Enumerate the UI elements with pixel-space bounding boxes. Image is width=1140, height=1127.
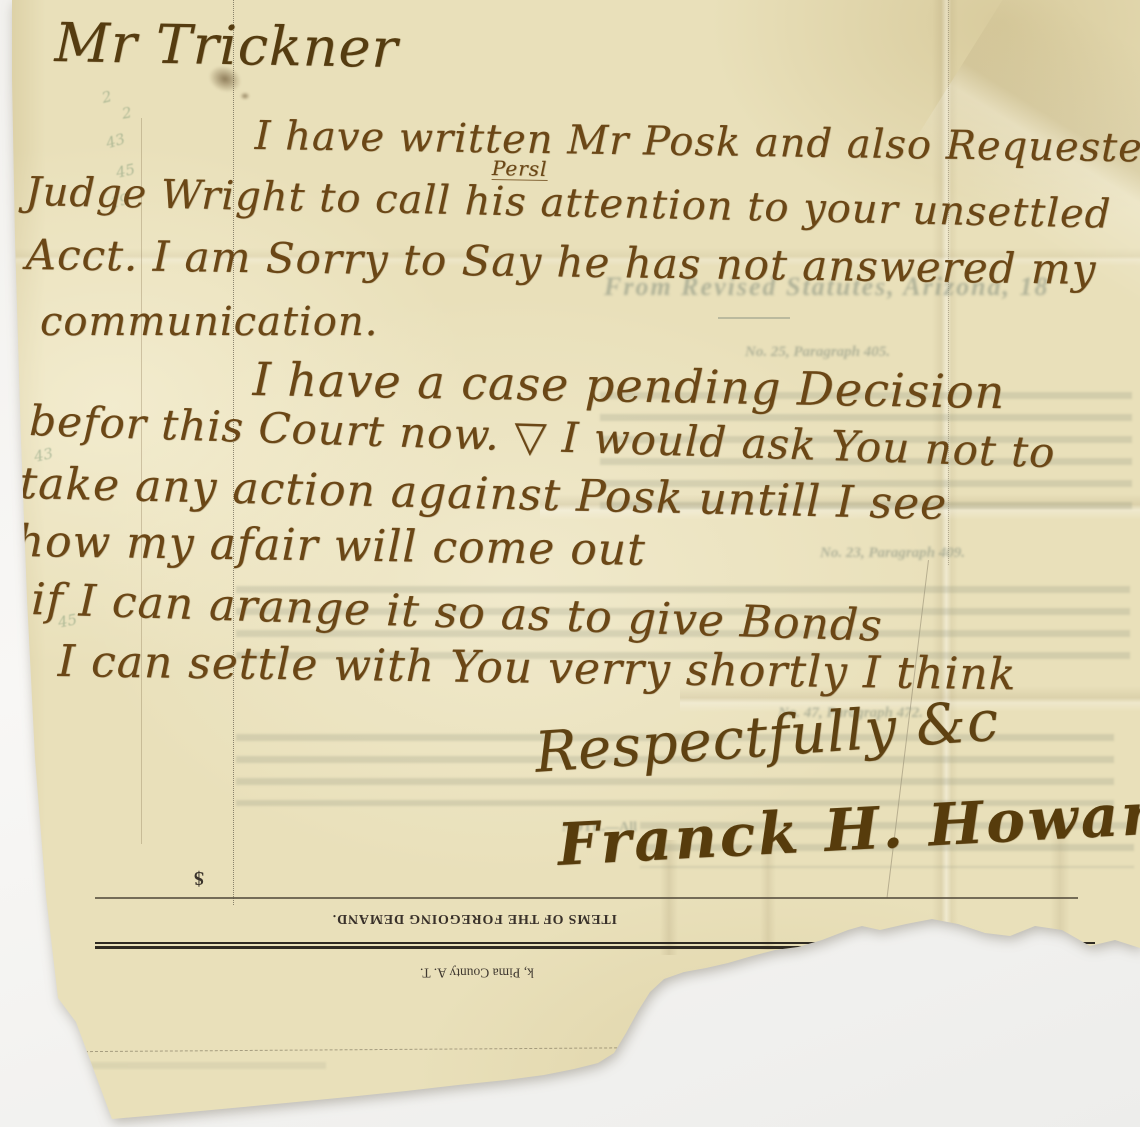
letter-body-line: how my afair will come out bbox=[15, 520, 646, 573]
pencil-margin-mark: 2 bbox=[121, 103, 134, 122]
form-items-heading: ITEMS OF THE FOREGOING DEMAND. bbox=[332, 911, 617, 925]
letter-paper: From Revised Statutes, Arizona, 18 No. 2… bbox=[0, 0, 1140, 1127]
scan-background: From Revised Statutes, Arizona, 18 No. 2… bbox=[0, 0, 1140, 1127]
bleed-through-divider bbox=[718, 317, 790, 319]
letter-salutation: Mr Trickner bbox=[54, 16, 399, 76]
letter-body-line: communication. bbox=[40, 302, 378, 342]
pencil-margin-mark: 2 bbox=[100, 87, 114, 107]
pencil-margin-mark: 43 bbox=[104, 130, 127, 153]
form-rule-horizontal-thin bbox=[95, 897, 1078, 899]
form-rule-horizontal-dashed bbox=[80, 1047, 692, 1052]
letter-body-line: I have written Mr Posk and also Requeste… bbox=[254, 116, 1140, 169]
bleed-through-paragraph-ref: No. 25, Paragraph 405. bbox=[745, 344, 890, 361]
letter-body-line: Acct. I am Sorry to Say he has not answe… bbox=[25, 234, 1096, 291]
form-rule-horizontal-heavy bbox=[95, 942, 1095, 949]
pencil-margin-mark: 40 bbox=[1004, 958, 1027, 979]
letter-body-line: I can settle with You verry shortly I th… bbox=[57, 640, 1016, 697]
form-rule-vertical-dotted bbox=[233, 0, 234, 905]
bleed-through-paragraph-ref: No. 23, Paragraph 409. bbox=[820, 545, 965, 562]
ink-blot bbox=[240, 92, 250, 100]
paper-shadow-wrap: From Revised Statutes, Arizona, 18 No. 2… bbox=[0, 0, 1140, 1127]
form-place-line: k, Pima County A. T. bbox=[420, 966, 534, 980]
bleed-through-paragraph bbox=[86, 1062, 326, 1078]
form-dollar-sign: $ bbox=[194, 868, 204, 888]
letter-inserted-word: Persl bbox=[492, 158, 548, 181]
